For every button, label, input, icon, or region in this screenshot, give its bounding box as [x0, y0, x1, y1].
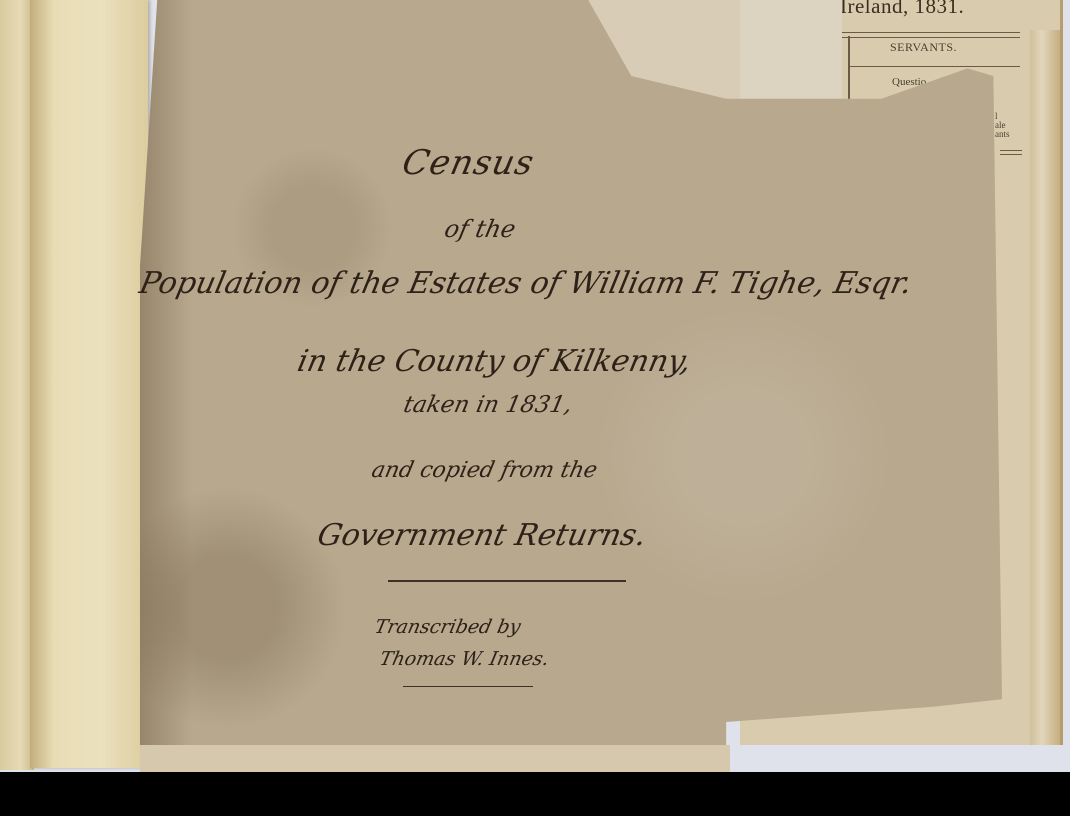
title-government-returns: Government Returns. [314, 518, 649, 553]
back-leaf-far [0, 0, 34, 770]
torn-edge-strip [1030, 30, 1060, 745]
title-year-line: taken in 1831, [401, 392, 574, 418]
title-census: Census [399, 143, 538, 183]
manuscript-cover [140, 0, 1002, 760]
printed-title: Ireland, 1831. [840, 0, 964, 19]
title-divider [388, 580, 626, 582]
title-population-line: Population of the Estates of William F. … [136, 266, 915, 301]
title-county-line: in the County of Kilkenny, [294, 344, 694, 379]
printed-double-rule [1000, 150, 1022, 155]
printed-column-fragment: l ale ants [995, 112, 1015, 139]
transcribed-by-label: Transcribed by [373, 616, 523, 638]
transcriber-name: Thomas W. Innes. [378, 648, 551, 670]
printed-section-header: SERVANTS. [890, 40, 957, 55]
printed-table-line [850, 66, 1020, 67]
document-photo: Ireland, 1831. SERVANTS. Questio l ale a… [0, 0, 1070, 772]
back-leaf-near [30, 0, 148, 768]
signature-underline [403, 686, 533, 687]
bottom-paper-strip [140, 745, 730, 772]
title-of-the: of the [442, 215, 518, 243]
title-copied-line: and copied from the [369, 458, 599, 483]
